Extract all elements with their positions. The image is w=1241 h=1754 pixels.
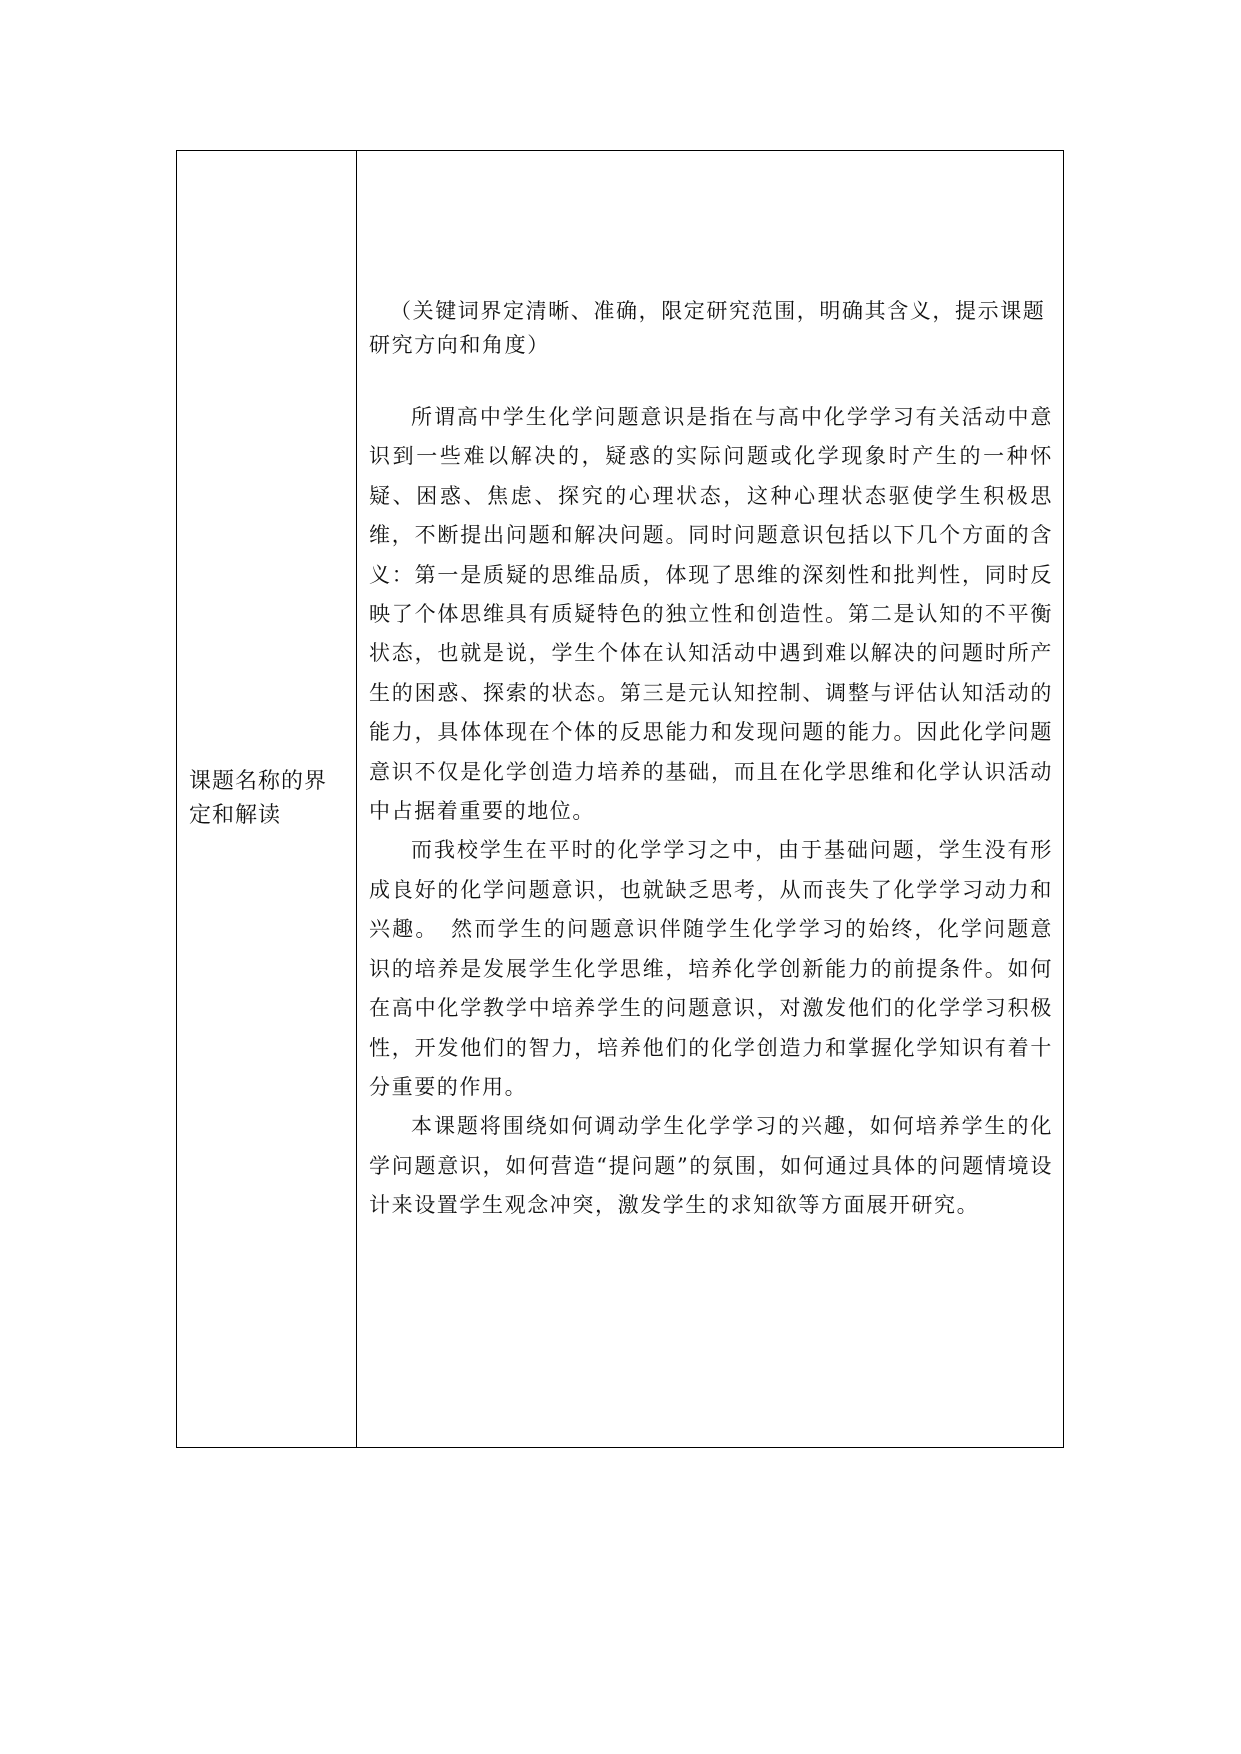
instruction-hint: （关键词界定清晰、准确，限定研究范围，明确其含义，提示课题研究方向和角度） (369, 294, 1053, 362)
hint-text: （关键词界定清晰、准确，限定研究范围，明确其含义，提示课题研究方向和角度） (369, 294, 1053, 362)
paragraph-scope: 本课题将围绕如何调动学生化学学习的兴趣，如何培养学生的化学问题意识，如何营造“提… (369, 1107, 1053, 1225)
row-label: 课题名称的界定和解读 (189, 765, 344, 833)
paragraph-background: 而我校学生在平时的化学学习之中，由于基础问题，学生没有形成良好的化学问题意识，也… (369, 831, 1053, 1107)
content-body: 所谓高中学生化学问题意识是指在与高中化学学习有关活动中意识到一些难以解决的，疑惑… (369, 398, 1053, 1226)
content-cell: （关键词界定清晰、准确，限定研究范围，明确其含义，提示课题研究方向和角度） 所谓… (357, 151, 1063, 1447)
paragraph-definition: 所谓高中学生化学问题意识是指在与高中化学学习有关活动中意识到一些难以解决的，疑惑… (369, 398, 1053, 831)
form-table: 课题名称的界定和解读 （关键词界定清晰、准确，限定研究范围，明确其含义，提示课题… (176, 150, 1064, 1448)
label-cell: 课题名称的界定和解读 (177, 151, 357, 1447)
